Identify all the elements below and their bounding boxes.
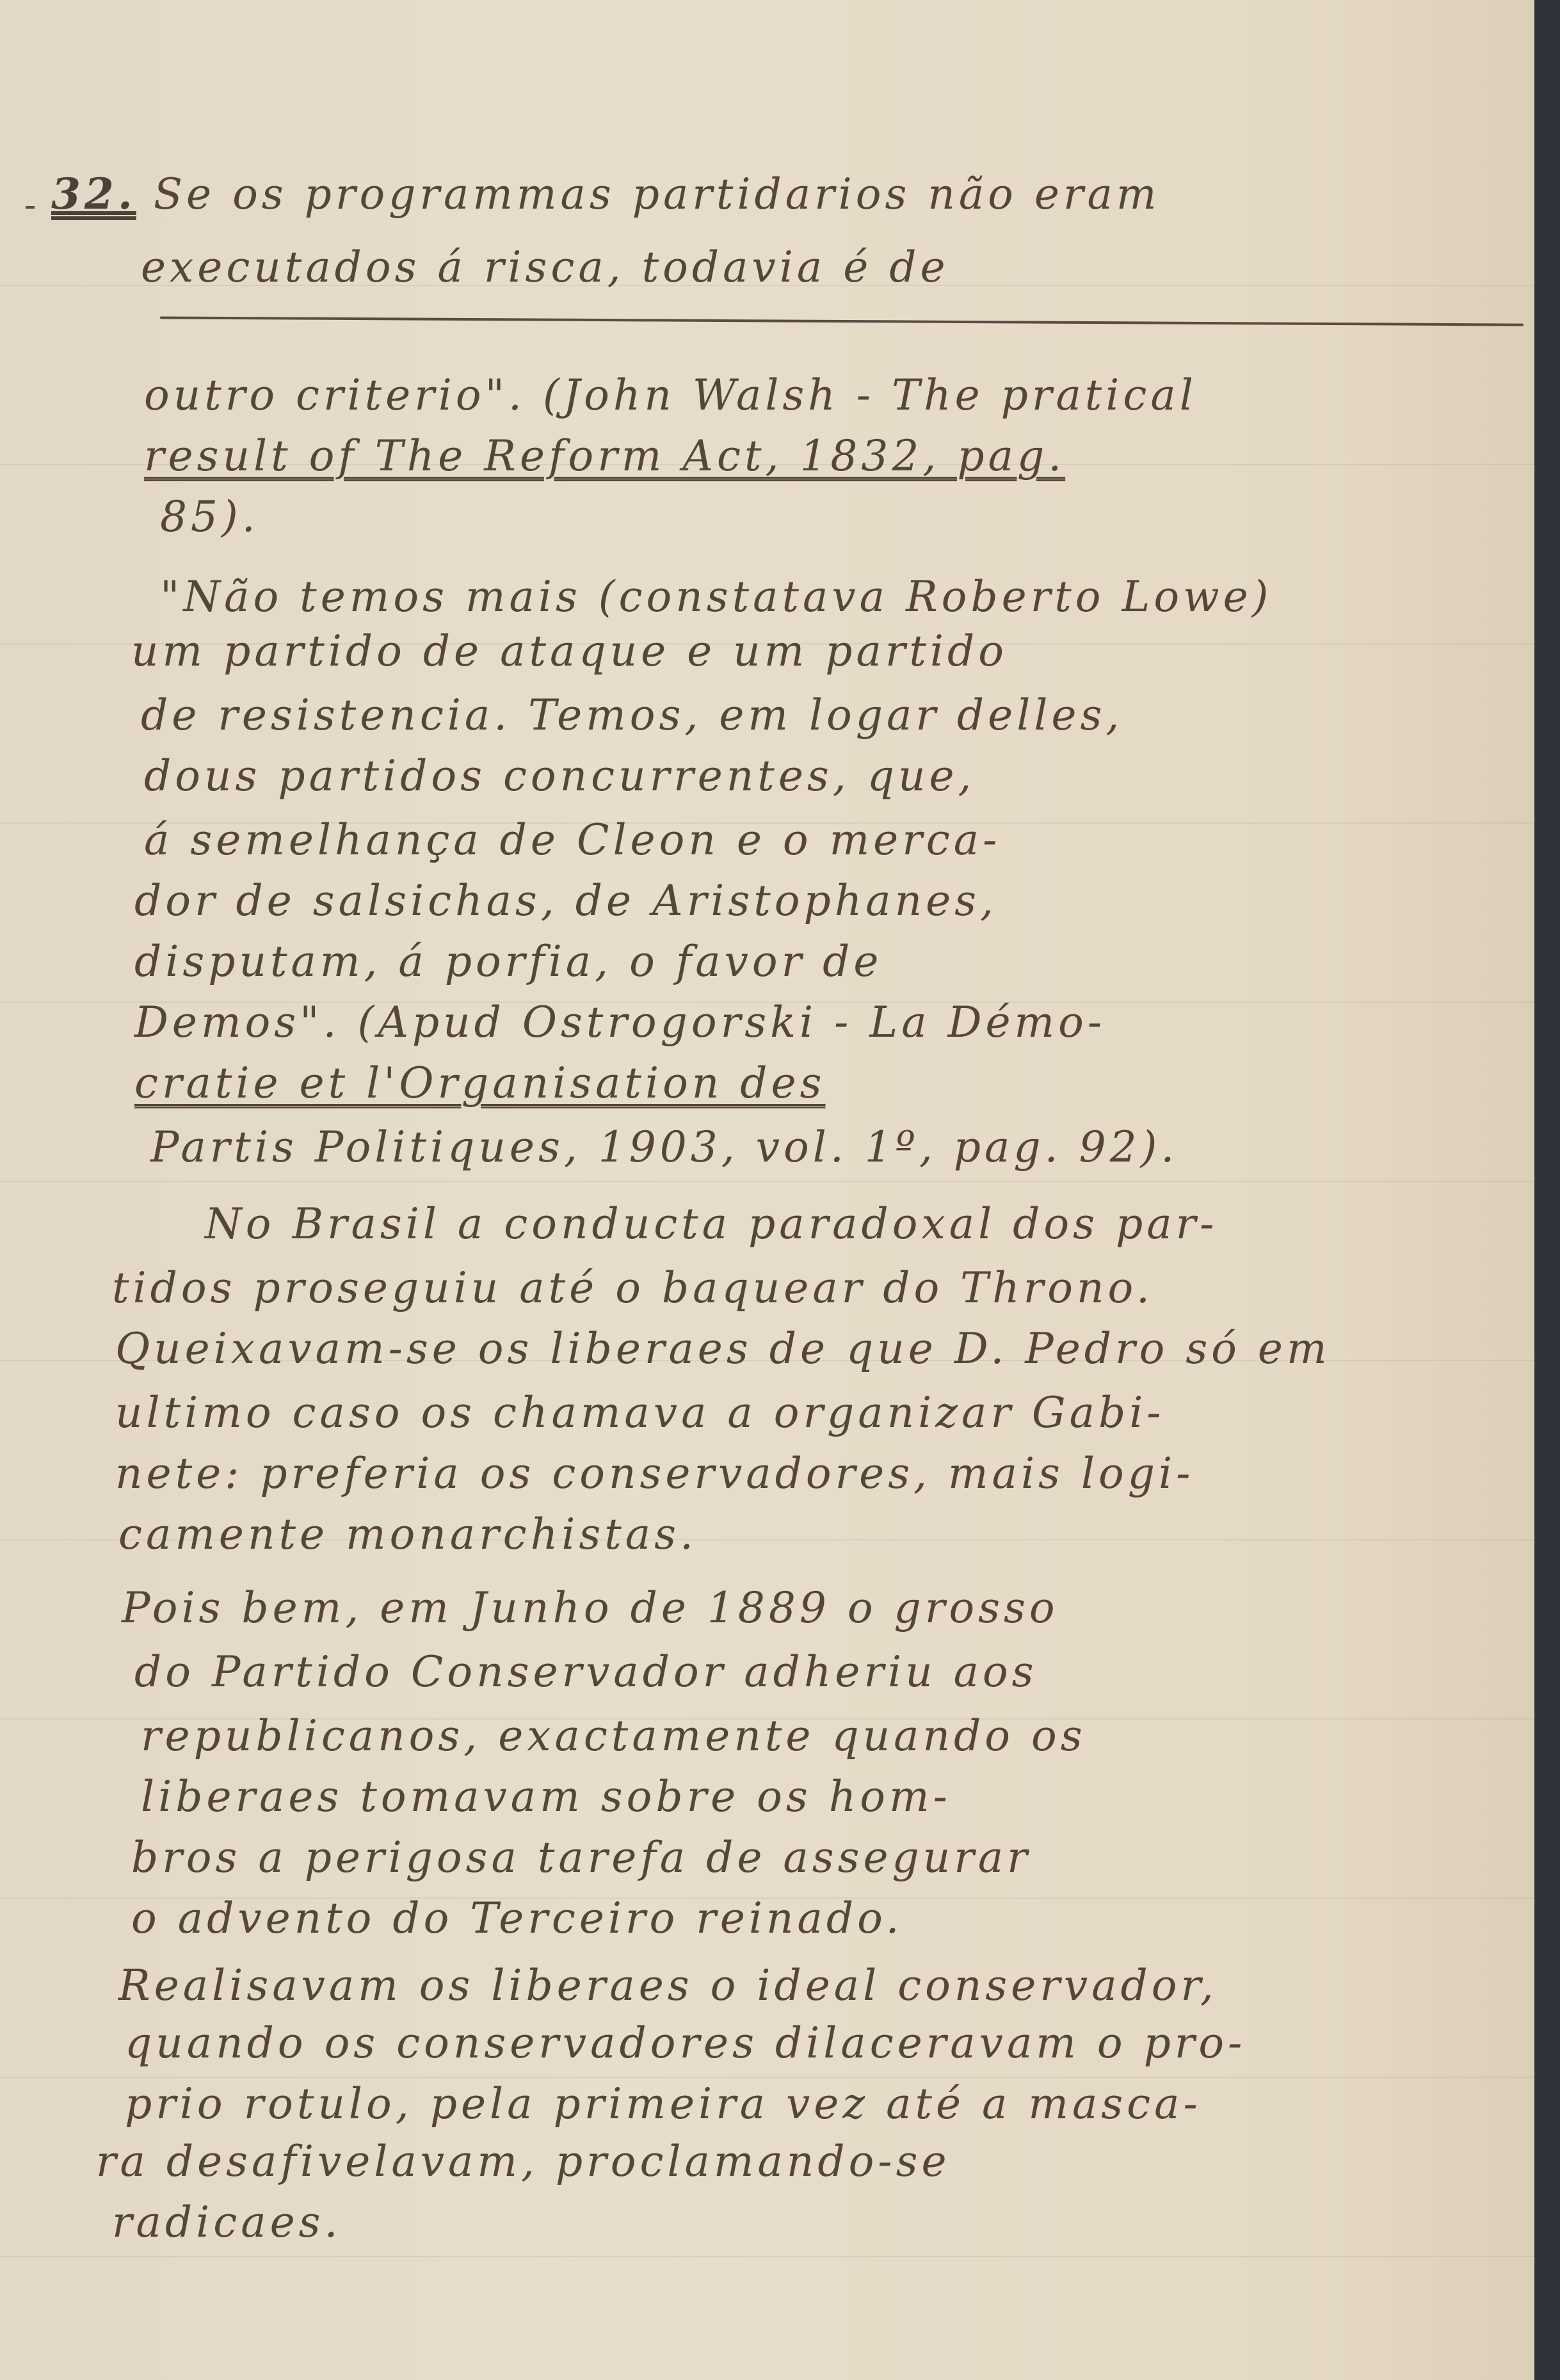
text-line-10: á semelhança de Cleon e o merca- <box>144 819 1536 861</box>
section-divider <box>160 316 1524 326</box>
text-line-23: do Partido Conservador adheriu aos <box>134 1651 1536 1693</box>
text-line-2: executados á risca, todavia é de <box>141 246 1536 289</box>
text-line-31: ra desafivelavam, proclamando-se <box>96 2141 1536 2183</box>
text-line-19: ultimo caso os chamava a organizar Gabi- <box>115 1392 1536 1434</box>
text-line-32: radicaes. <box>112 2201 1536 2244</box>
text-line-12: disputam, á porfia, o favor de <box>134 941 1536 983</box>
text-line-25: liberaes tomavam sobre os hom- <box>141 1776 1536 1818</box>
text-line-3: outro criterio". (John Walsh - The prati… <box>144 374 1536 417</box>
text-line-4: result of The Reform Act, 1832, pag. <box>144 435 1536 477</box>
manuscript-page: 32. Se os programmas partidarios não era… <box>0 0 1536 2380</box>
text-line-22: Pois bem, em Junho de 1889 o grosso <box>122 1587 1536 1629</box>
text-line-28: Realisavam os liberaes o ideal conservad… <box>118 1965 1536 2007</box>
text-line-7: um partido de ataque e um partido <box>131 630 1536 673</box>
text-line-14: cratie et l'Organisation des <box>134 1062 1536 1105</box>
text-line-29: quando os conservadores dilaceravam o pr… <box>125 2022 1536 2065</box>
ruled-line <box>0 2256 1536 2257</box>
text-line-13: Demos". (Apud Ostrogorski - La Démo- <box>134 1002 1536 1044</box>
text-line-8: de resistencia. Temos, em logar delles, <box>141 694 1536 737</box>
text-line-26: bros a perigosa tarefa de assegurar <box>131 1837 1536 1879</box>
text-line-24: republicanos, exactamente quando os <box>141 1715 1536 1757</box>
text-line-16: No Brasil a conducta paradoxal dos par- <box>205 1203 1536 1245</box>
book-binding-edge <box>1534 0 1560 2380</box>
text-line-20: nete: preferia os conservadores, mais lo… <box>115 1453 1536 1495</box>
text-line-17: tidos proseguiu até o baquear do Throno. <box>112 1267 1536 1309</box>
text-line-11: dor de salsichas, de Aristophanes, <box>134 880 1536 922</box>
text-line-6: "Não temos mais (constatava Roberto Lowe… <box>160 576 1536 618</box>
text-line-1: 32. Se os programmas partidarios não era… <box>51 173 1536 216</box>
ruled-line <box>0 1181 1536 1182</box>
text-line-5: 85). <box>160 496 1536 538</box>
margin-dash <box>26 206 35 209</box>
text-line-30: prio rotulo, pela primeira vez até a mas… <box>125 2083 1536 2125</box>
text-line-15: Partis Politiques, 1903, vol. 1º, pag. 9… <box>150 1126 1536 1169</box>
text-line-27: o advento do Terceiro reinado. <box>131 1897 1536 1940</box>
text-line-9: dous partidos concurrentes, que, <box>144 755 1536 797</box>
text-line-21: camente monarchistas. <box>118 1513 1536 1556</box>
section-number: 32. <box>51 169 136 219</box>
ruled-line <box>0 2077 1536 2078</box>
text-line-18: Queixavam-se os liberaes de que D. Pedro… <box>115 1328 1536 1370</box>
